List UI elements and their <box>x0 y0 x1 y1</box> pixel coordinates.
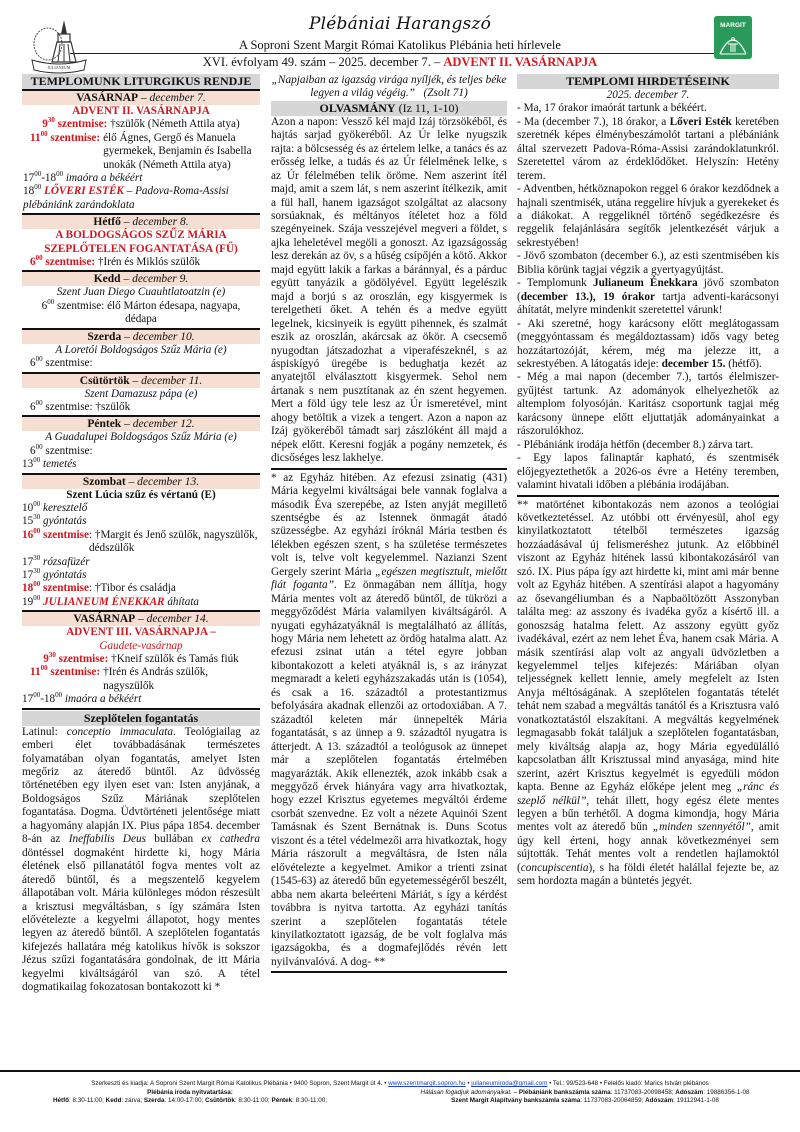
announcement-item: - Ma, 17 órakor imaórát tartunk a békéér… <box>517 102 779 115</box>
masthead: JULIANEUM Plébániai Harangszó A Soproni … <box>0 0 800 72</box>
announcement-item: - Ma (december 7.), 18 órakor, a Lőveri … <box>517 116 779 183</box>
announcement-item: - Még a mai napon (december 7.), tartós … <box>517 371 779 438</box>
immaculate-continuation: * az Egyház hitében. Az efezusi zsinatig… <box>271 472 507 970</box>
event-row: 1900 JULIANEUM ÉNEKKAR áhítata <box>22 596 260 609</box>
feast-name: A BOLDOGSÁGOS SZŰZ MÁRIA SZEPLŐTELEN FOG… <box>22 229 260 256</box>
email-link[interactable]: julianeumiroda@gmail.com <box>471 1080 547 1087</box>
day-wednesday-dec10: Szerda – december 10. A Loretói Boldogsá… <box>22 330 260 374</box>
column-divider <box>517 495 779 497</box>
day-date: – december 7. <box>138 92 206 104</box>
announcement-item: - Aki szeretné, hogy karácsony előtt meg… <box>517 318 779 372</box>
day-name: VASÁRNAP <box>76 92 138 104</box>
day-header: Szerda – december 10. <box>22 330 260 344</box>
issue-feast: ADVENT II. VASÁRNAPJA <box>443 55 597 69</box>
saint-name: Szent Damazusz pápa (e) <box>22 388 260 401</box>
day-header: VASÁRNAP – december 14. <box>22 612 260 626</box>
reading-text: Azon a napon: Vessző kél majd Izáj törzs… <box>271 116 507 466</box>
day-sunday-dec7: VASÁRNAP – december 7. ADVENT II. VASÁRN… <box>22 91 260 215</box>
day-thursday-dec11: Csütörtök – december 11. Szent Damazusz … <box>22 374 260 418</box>
immaculate-continuation-2: ** matörténet kibontakozás nem azonos a … <box>517 499 779 889</box>
day-header: Péntek – december 12. <box>22 417 260 431</box>
mass-row: 600 szentmise: <box>22 445 260 458</box>
day-tuesday-dec9: Kedd – december 9. Szent Juan Diego Cuau… <box>22 272 260 329</box>
foundation-bank-info: Szent Margit Alapítvány bankszámla száma… <box>380 1097 790 1104</box>
feast-name: ADVENT II. VASÁRNAPJA <box>22 105 260 118</box>
announcement-item: - Templomunk Julianeum Énekkara jövő szo… <box>517 277 779 317</box>
liturgy-column: TEMPLOMUNK LITURGIKUS RENDJE VASÁRNAP – … <box>22 74 260 995</box>
footer: Szerkeszti és kiadja: A Soproni Szent Ma… <box>0 1070 800 1072</box>
announcement-item: - Plébániánk irodája hétfőn (december 8.… <box>517 439 779 452</box>
mass-row: 600 szentmise: <box>22 357 260 370</box>
day-header: Csütörtök – december 11. <box>22 374 260 388</box>
reading-column: „Napjaiban az igazság virága nyíljék, és… <box>271 74 507 975</box>
office-hours-title: Plébánia iroda nyitvatartása: <box>30 1089 350 1096</box>
feast-subtitle: Gaudete-vasárnap <box>22 640 260 653</box>
website-link[interactable]: www.szentmargit.sopron.hu <box>388 1080 465 1087</box>
mass-row: 1800 szentmise: †Tibor és családja <box>22 582 260 595</box>
day-header: Szombat – december 13. <box>22 475 260 489</box>
svg-text:MARGIT: MARGIT <box>720 22 746 29</box>
mass-row: 600 szentmise: élő Márton édesapa, nagya… <box>22 300 260 327</box>
szent-margit-logo: MARGIT <box>714 16 752 59</box>
day-header: VASÁRNAP – december 7. <box>22 91 260 105</box>
issue-line: XVI. évfolyam 49. szám – 2025. december … <box>0 55 800 70</box>
announcement-item: - Adventben, hétköznapokon reggel 6 órak… <box>517 183 779 250</box>
day-header: Hétfő – december 8. <box>22 215 260 229</box>
mass-row: 600 szentmise: †szülők <box>22 401 260 414</box>
day-friday-dec12: Péntek – december 12. A Guadalupei Boldo… <box>22 417 260 474</box>
announcements-title: TEMPLOMI HIRDETÉSEINK <box>517 74 779 89</box>
mass-row: 1600 szentmise: †Margit és Jenő szülők, … <box>22 529 260 556</box>
announcements-date: 2025. december 7. <box>517 89 779 102</box>
mass-row: 600 szentmise: †Irén és Miklós szülők <box>22 256 260 269</box>
event-row: 1300 temetés <box>22 458 260 471</box>
column-divider <box>271 971 507 973</box>
newsletter-subtitle: A Soproni Szent Margit Római Katolikus P… <box>0 38 800 53</box>
announcements-column: TEMPLOMI HIRDETÉSEINK 2025. december 7. … <box>517 74 779 889</box>
publisher-line: Szerkeszti és kiadja: A Soproni Szent Ma… <box>0 1080 800 1087</box>
event-row: 1700-1800 imaóra a békéért <box>22 172 260 185</box>
parish-bank-info: Hálásan fogadjuk adományaikat. – Plébáni… <box>380 1089 790 1096</box>
event-row: 1700-1800 imaóra a békéért <box>22 693 260 706</box>
day-monday-dec8: Hétfő – december 8. A BOLDOGSÁGOS SZŰZ M… <box>22 215 260 272</box>
announcement-item: - Egy lapos falinaptár kapható, és szent… <box>517 452 779 492</box>
issue-info: XVI. évfolyam 49. szám – 2025. december … <box>203 55 444 69</box>
feast-name: ADVENT III. VASÁRNAPJA – <box>22 626 260 639</box>
event-row: 1730 gyóntatás <box>22 569 260 582</box>
saint-name: Szent Lúcia szűz és vértanú (E) <box>22 489 260 502</box>
day-saturday-dec13: Szombat – december 13. Szent Lúcia szűz … <box>22 475 260 613</box>
event-row: 1000 keresztelő <box>22 502 260 515</box>
saint-name: A Loretói Boldogságos Szűz Mária (e) <box>22 344 260 357</box>
reading-title: OLVASMÁNY (Iz 11, 1-10) <box>271 101 507 116</box>
day-sunday-dec14: VASÁRNAP – december 14. ADVENT III. VASÁ… <box>22 612 260 709</box>
event-row: 1800 LŐVERI ESTÉK – Padova-Roma-Assisi p… <box>22 185 260 212</box>
event-row: 1530 gyóntatás <box>22 515 260 528</box>
liturgy-title: TEMPLOMUNK LITURGIKUS RENDJE <box>22 74 260 91</box>
office-hours: Hétfő: 8:30-11:00; Kedd: zárva; Szerda: … <box>30 1097 350 1104</box>
announcement-item: - Jövő szombaton (december 6.), az esti … <box>517 250 779 277</box>
column-divider <box>271 468 507 470</box>
psalm-quote: „Napjaiban az igazság virága nyíljék, és… <box>271 74 507 101</box>
mass-row: 1100 szentmise: †Irén és András szülők, … <box>22 666 260 693</box>
saint-name: A Guadalupei Boldogságos Szűz Mária (e) <box>22 431 260 444</box>
newsletter-title: Plébániai Harangszó <box>0 14 800 34</box>
mass-row: 930 szentmise: †szülők (Németh Attila at… <box>22 118 260 131</box>
mass-row: 1100 szentmise: élő Ágnes, Gergő és Manu… <box>22 132 260 172</box>
immaculate-title: Szeplőtelen fogantatás <box>22 711 260 726</box>
immaculate-text: Latinul: conceptio immaculata. Teológiai… <box>22 726 260 995</box>
event-row: 1730 rózsafüzér <box>22 556 260 569</box>
mass-row: 930 szentmise: †Kneif szülők és Tamás fi… <box>22 653 260 666</box>
day-header: Kedd – december 9. <box>22 272 260 286</box>
saint-name: Szent Juan Diego Cuauhtlatoatzin (e) <box>22 286 260 299</box>
header-divider <box>70 53 722 54</box>
